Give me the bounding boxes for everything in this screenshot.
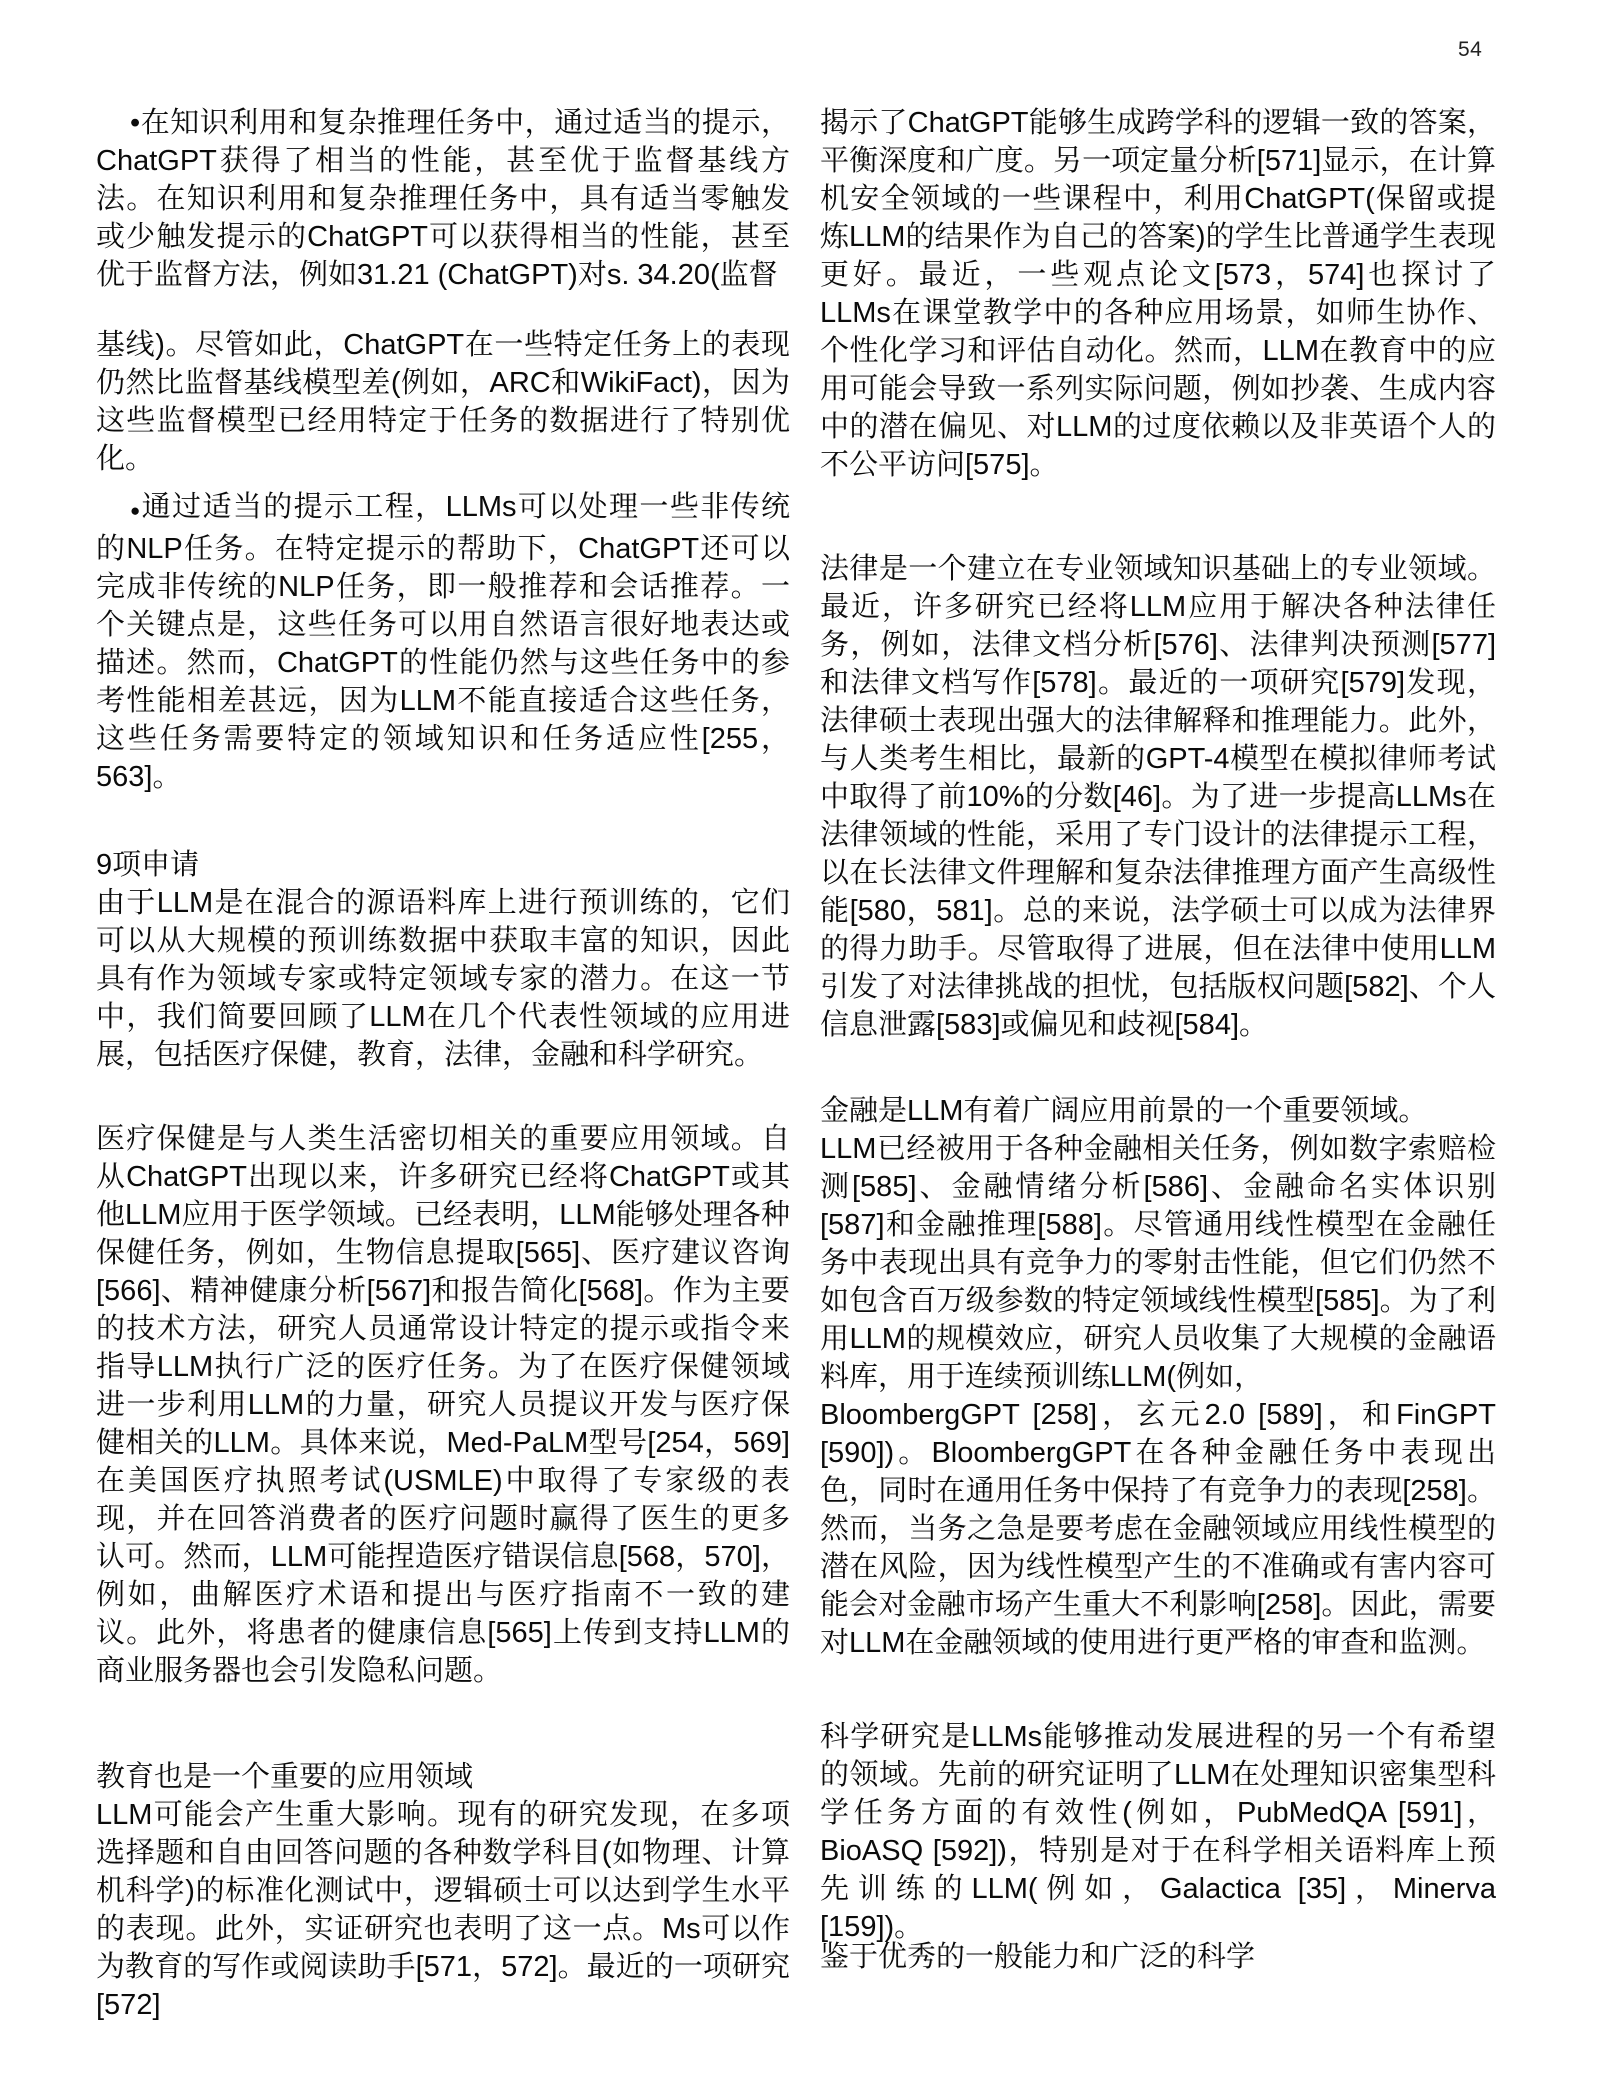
bullet-paragraph-knowledge-reasoning-text: 在知识利用和复杂推理任务中，通过适当的提示，ChatGPT获得了相当的性能，甚至… [96, 107, 790, 291]
paragraph-applications-intro: 由于LLM是在混合的源语料库上进行预训练的，它们可以从大规模的预训练数据中获取丰… [96, 884, 790, 1074]
document-page: 54 •在知识利用和复杂推理任务中，通过适当的提示，ChatGPT获得了相当的性… [0, 0, 1620, 2097]
paragraph-education-continued: 揭示了ChatGPT能够生成跨学科的逻辑一致的答案，平衡深度和广度。另一项定量分… [820, 104, 1496, 484]
paragraph-healthcare: 医疗保健是与人类生活密切相关的重要应用领域。自从ChatGPT出现以来，许多研究… [96, 1120, 790, 1690]
bullet-paragraph-prompt-engineering-text: 通过适当的提示工程，LLMs可以处理一些非传统的NLP任务。在特定提示的帮助下，… [96, 491, 790, 793]
left-column: •在知识利用和复杂推理任务中，通过适当的提示，ChatGPT获得了相当的性能，甚… [96, 104, 790, 2024]
page-number: 54 [1458, 38, 1482, 62]
bullet-paragraph-prompt-engineering: ●通过适当的提示工程，LLMs可以处理一些非传统的NLP任务。在特定提示的帮助下… [96, 488, 790, 796]
bullet-icon: • [130, 107, 140, 139]
paragraph-baseline-continuation: 基线)。尽管如此，ChatGPT在一些特定任务上的表现仍然比监督基线模型差(例如… [96, 326, 790, 478]
bullet-paragraph-knowledge-reasoning: •在知识利用和复杂推理任务中，通过适当的提示，ChatGPT获得了相当的性能，甚… [96, 104, 790, 294]
education-heading-line: 教育也是一个重要的应用领域 [96, 1758, 790, 1796]
paragraph-science-tail: 鉴于优秀的一般能力和广泛的科学 [820, 1938, 1496, 1976]
bullet-icon: ● [130, 501, 142, 520]
section-heading-applications: 9项申请 [96, 846, 790, 884]
right-column: 揭示了ChatGPT能够生成跨学科的逻辑一致的答案，平衡深度和广度。另一项定量分… [820, 104, 1496, 1976]
paragraph-science: 科学研究是LLMs能够推动发展进程的另一个有希望的领域。先前的研究证明了LLM在… [820, 1718, 1496, 1946]
paragraph-law: 法律是一个建立在专业领域知识基础上的专业领域。最近，许多研究已经将LLM应用于解… [820, 550, 1496, 1044]
paragraph-finance: 金融是LLM有着广阔应用前景的一个重要领域。 LLM已经被用于各种金融相关任务，… [820, 1092, 1496, 1662]
paragraph-education: LLM可能会产生重大影响。现有的研究发现，在多项选择题和自由回答问题的各种数学科… [96, 1796, 790, 2024]
